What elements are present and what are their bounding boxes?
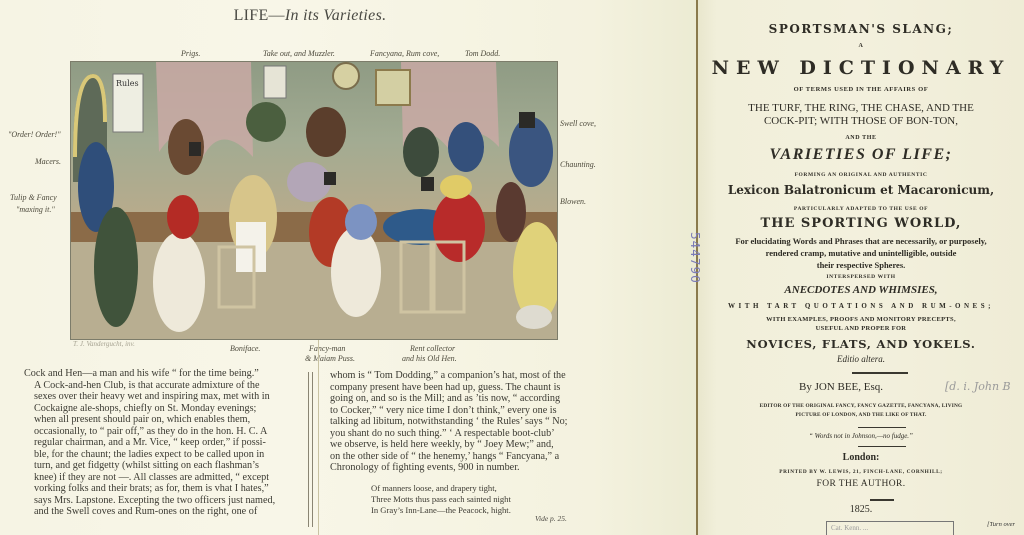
verse-line: Three Motts thus pass each sainted night xyxy=(371,494,511,505)
plate-title-main: LIFE— xyxy=(234,7,285,24)
caption-left-tulip: Tulip & Fancy xyxy=(10,193,57,202)
line: you shant do no such thing.” ‘ A respect… xyxy=(330,428,602,440)
vide-reference: Vide p. 25. xyxy=(535,514,567,523)
subtitle-and-the: AND THE xyxy=(700,135,1022,141)
verse-line: Of manners loose, and drapery tight, xyxy=(371,483,511,494)
caption-right-chaunting: Chaunting. xyxy=(560,160,596,169)
plate-fold-line xyxy=(318,340,319,535)
line: turn, and get fidgetty (whilst sitting o… xyxy=(24,460,304,472)
text-elucidating-2: rendered cramp, mutative and unintelligi… xyxy=(700,248,1022,258)
subtitle-examples-1: WITH EXAMPLES, PROOFS AND MONITORY PRECE… xyxy=(700,316,1022,323)
column-rule xyxy=(308,372,309,527)
subtitle-tart-quotations: WITH TART QUOTATIONS AND RUM-ONES; xyxy=(700,302,1022,310)
divider-rule xyxy=(870,499,894,501)
text-for-the-author: FOR THE AUTHOR. xyxy=(700,479,1022,489)
caption-bottom-fancyman: Fancy-man xyxy=(309,344,345,353)
line: says Mrs. Lapstone. Excepting the two of… xyxy=(24,495,304,507)
svg-text:Rules: Rules xyxy=(116,79,139,88)
line: Cock and Hen—a man and his wife “ for th… xyxy=(24,368,304,380)
line: we observe, is held here weekly, by “ Jo… xyxy=(330,439,602,451)
line: occasionally, to “ pair off,” as they do… xyxy=(24,426,304,438)
text-printed-by: PRINTED BY W. LEWIS, 21, FINCH-LANE, COR… xyxy=(700,469,1022,475)
line: and the Swell coves and Rum-ones on the … xyxy=(24,506,304,518)
text-editio-altera: Editio altera. xyxy=(700,354,1022,364)
caption-bottom-rent: Rent collector xyxy=(410,344,455,353)
title-anecdotes: ANECDOTES AND WHIMSIES, xyxy=(700,284,1022,296)
title-varieties-of-life: VARIETIES OF LIFE; xyxy=(700,146,1022,164)
caption-left-order: "Order! Order!" xyxy=(8,130,61,139)
column-rule xyxy=(312,372,313,527)
line: going on, and so is the Mill; and as ’ti… xyxy=(330,393,602,405)
text-year: 1825. xyxy=(700,504,1022,515)
caption-right-blowen: Blowen. xyxy=(560,197,586,206)
line: Chronology of fighting events, 900 in nu… xyxy=(330,462,602,474)
caption-bottom-oldhen: and his Old Hen. xyxy=(402,354,457,363)
line: ble, for the chaunt; the ladies expect t… xyxy=(24,449,304,461)
title-sporting-world: THE SPORTING WORLD, xyxy=(700,216,1022,231)
line: knee) if they are not —. All classes are… xyxy=(24,472,304,484)
line: to Cocker,” “ very nice time I don’t thi… xyxy=(330,405,602,417)
text-motto: “ Words not in Johnson,—no fudge.” xyxy=(700,432,1022,440)
subtitle-interspersed: INTERSPERSED WITH xyxy=(700,274,1022,280)
text-column-left: Cock and Hen—a man and his wife “ for th… xyxy=(24,368,304,518)
caption-top-takeout: Take out, and Muzzler. xyxy=(263,49,335,58)
line: vorking folks and their brats; as for, t… xyxy=(24,483,304,495)
text-editor-1: EDITOR OF THE ORIGINAL FANCY, FANCY GAZE… xyxy=(700,403,1022,409)
title-lexicon: Lexicon Balatronicum et Macaronicum, xyxy=(700,183,1022,197)
subtitle-particularly: PARTICULARLY ADAPTED TO THE USE OF xyxy=(700,206,1022,212)
plate-title: LIFE—In its Varieties. xyxy=(0,7,620,25)
line: A Cock-and-hen Club, is that accurate ad… xyxy=(24,380,304,392)
text-elucidating-3: their respective Spheres. xyxy=(700,260,1022,270)
title-novices-flats-yokels: NOVICES, FLATS, AND YOKELS. xyxy=(700,337,1022,351)
caption-left-macers: Macers. xyxy=(35,157,61,166)
divider-rule xyxy=(858,446,906,447)
text-column-right: whom is “ Tom Dodding,” a companion’s ha… xyxy=(330,370,602,474)
title-new-dictionary: NEW DICTIONARY xyxy=(700,57,1022,79)
divider-rule xyxy=(858,427,906,428)
subtitle-turf-2: COCK-PIT; WITH THOSE OF BON-TON, xyxy=(700,115,1022,127)
subtitle-forming: FORMING AN ORIGINAL AND AUTHENTIC xyxy=(700,172,1022,178)
text-editor-2: PICTURE OF LONDON, AND THE LIKE OF THAT. xyxy=(700,412,1022,418)
line: Cockaigne ale-shops, chiefly on St. Mond… xyxy=(24,403,304,415)
text-london: London: xyxy=(700,452,1022,463)
divider-rule xyxy=(852,372,908,374)
line: talking ad libitum, notwithstanding ‘ th… xyxy=(330,416,602,428)
caption-bottom-boniface: Boniface. xyxy=(230,344,260,353)
engraver-credit: T. J. Vandergucht, inv. xyxy=(73,340,135,348)
line: regular chairman, and a Mr. Vice, “ keep… xyxy=(24,437,304,449)
line: when all present should pair on, which e… xyxy=(24,414,304,426)
text-elucidating-1: For elucidating Words and Phrases that a… xyxy=(700,236,1022,246)
pencil-annotation: [d. i. John B xyxy=(945,380,1011,393)
subtitle-of-terms: OF TERMS USED IN THE AFFAIRS OF xyxy=(700,86,1022,93)
caption-right-swell: Swell cove, xyxy=(560,119,596,128)
caption-top-fancyana: Fancyana, Rum cove, xyxy=(370,49,439,58)
subtitle-examples-2: USEFUL AND PROPER FOR xyxy=(700,325,1022,332)
caption-top-prigs: Prigs. xyxy=(181,49,200,58)
title-sportsmans-slang: SPORTSMAN'S SLANG; xyxy=(700,22,1022,36)
line: sexes over their heavy wet and inspiring… xyxy=(24,391,304,403)
library-stamp: Cat. Kenn. ... xyxy=(826,521,954,535)
text-turn-over: [Turn over xyxy=(987,521,1015,528)
line: whom is “ Tom Dodding,” a companion’s ha… xyxy=(330,370,602,382)
plate-title-italic: In its Varieties. xyxy=(285,7,387,24)
caption-top-tomdodd: Tom Dodd. xyxy=(465,49,500,58)
caption-bottom-maiam: & Maiam Puss. xyxy=(305,354,355,363)
line: on the other side of “ the henemy,’ hang… xyxy=(330,451,602,463)
caption-left-maxing: "maxing it." xyxy=(16,205,55,214)
verse-line: In Gray’s Inn-Lane—the Peacock, hight. xyxy=(371,505,511,516)
verse-block: Of manners loose, and drapery tight, Thr… xyxy=(371,483,511,516)
title-a: A xyxy=(700,43,1022,49)
line: company present have been had up, guess.… xyxy=(330,382,602,394)
tavern-scene-illustration: Rules xyxy=(71,62,557,339)
hand-colored-plate-illustration: Rules xyxy=(70,61,558,340)
subtitle-turf-1: THE TURF, THE RING, THE CHASE, AND THE xyxy=(700,102,1022,114)
